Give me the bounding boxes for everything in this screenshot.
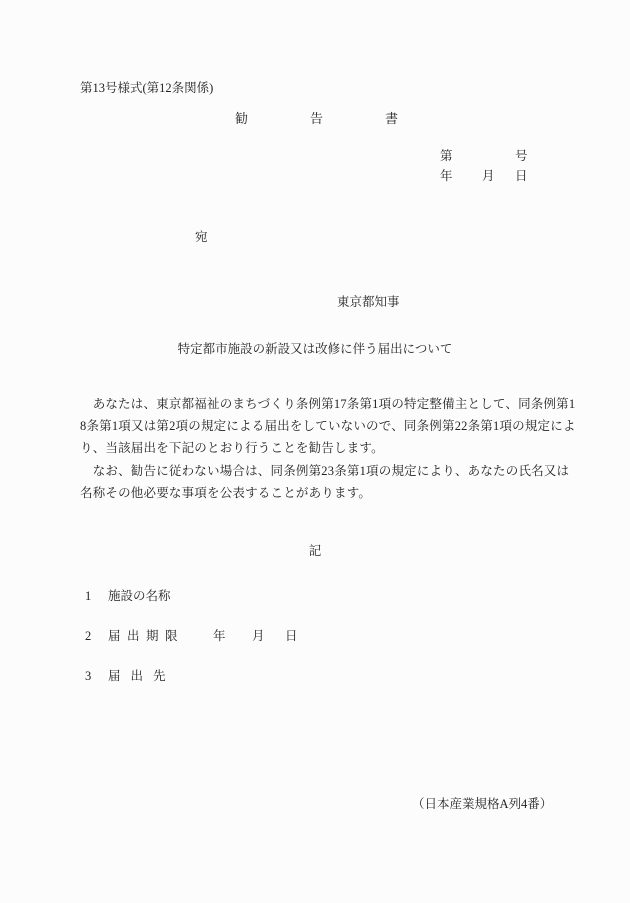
- subject-line: 特定都市施設の新設又は改修に伴う届出について: [0, 342, 630, 357]
- list-item-facility-name: 1 施設の名称: [85, 589, 545, 607]
- deadline-day-label: 日: [285, 629, 298, 644]
- addressee-marker: 宛: [195, 230, 208, 245]
- item-label: 施設の名称: [108, 589, 171, 604]
- record-marker: 記: [0, 544, 630, 559]
- deadline-year-label: 年: [213, 629, 226, 644]
- body-line: り、当該届出を下記のとおり行うことを勧告します。: [80, 437, 554, 459]
- issue-date-line: 年 月 日: [440, 169, 531, 184]
- list-item-notification-destination: 3 届出先: [85, 669, 545, 687]
- date-month-label: 月: [482, 169, 495, 184]
- number-suffix-label: 号: [515, 149, 528, 164]
- form-number: 第13号様式(第12条関係): [80, 81, 213, 96]
- body-line: 名称その他必要な事項を公表することがあります。: [80, 482, 554, 504]
- document-number-line: 第 号: [440, 149, 531, 164]
- item-label: 届出期限: [108, 629, 184, 644]
- deadline-month-label: 月: [252, 629, 265, 644]
- item-number: 1: [85, 589, 91, 604]
- item-number: 2: [85, 629, 91, 644]
- number-prefix-label: 第: [440, 149, 453, 163]
- body-line: あなたは、東京都福祉のまちづくり条例第17条第1項の特定整備主として、同条例第1: [80, 393, 554, 415]
- body-paragraphs: あなたは、東京都福祉のまちづくり条例第17条第1項の特定整備主として、同条例第1…: [80, 393, 554, 504]
- date-day-label: 日: [515, 169, 528, 184]
- paper-size-note: （日本産業規格A列4番）: [412, 797, 552, 812]
- body-line: なお、勧告に従わない場合は、同条例第23条第1項の規定により、あなたの氏名又は: [80, 460, 554, 482]
- sender-name: 東京都知事: [337, 295, 400, 310]
- item-label: 届出先: [108, 669, 176, 684]
- body-line: 8条第1項又は第2項の規定による届出をしていないので、同条例第22条第1項の規定…: [80, 415, 554, 437]
- date-year-label: 年: [440, 169, 453, 183]
- document-page: 第13号様式(第12条関係) 勧告書 第 号 年 月 日 宛 東京都知事 特定都…: [0, 0, 630, 903]
- document-title: 勧告書: [235, 111, 460, 127]
- item-number: 3: [85, 669, 91, 684]
- list-item-notification-deadline: 2 届出期限 年 月 日: [85, 629, 545, 647]
